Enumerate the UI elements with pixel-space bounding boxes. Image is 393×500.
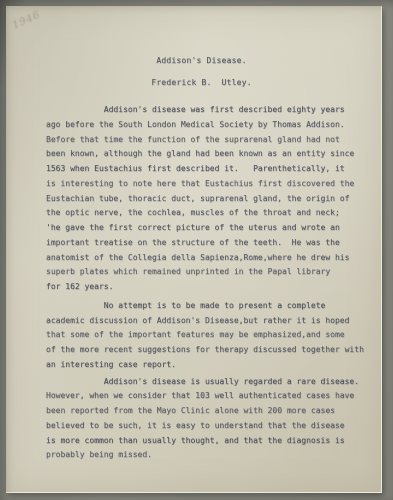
text-line: that some of the important features may … (46, 328, 376, 343)
text-line: for 162 years. (46, 280, 376, 295)
text-line: superb plates which remained unprinted i… (46, 265, 376, 280)
paragraph: Addison's disease was first described ei… (46, 103, 376, 295)
text-line: important treatise on the structure of t… (46, 236, 376, 251)
text-line: Addison's disease is usually regarded a … (46, 375, 376, 390)
text-line: an interesting case report. (46, 358, 376, 373)
text-line: been known, although the gland had been … (46, 147, 376, 162)
document-title: Addison's Disease. (22, 50, 381, 72)
text-line: believed to be such, it is easy to under… (46, 419, 376, 434)
text-line: No attempt is to be made to present a co… (46, 299, 376, 314)
text-line: been reported from the Mayo Clinic alone… (46, 404, 376, 419)
scanned-page-background: 1946 Addison's Disease. Frederick B. Utl… (0, 0, 393, 500)
text-line: the optic nerve, the cochlea, muscles of… (46, 206, 376, 221)
text-line: is more common than usually thought, and… (46, 434, 376, 449)
text-line: Eustachian tube, thoracic duct, supraren… (46, 192, 376, 207)
paragraph: No attempt is to be made to present a co… (46, 299, 376, 373)
text-line: ago before the South London Medical Soci… (46, 118, 376, 133)
text-line: anatomist of the Collegia della Sapienza… (46, 251, 376, 266)
text-line: of the more recent suggestions for thera… (46, 343, 376, 358)
text-line: However, when we consider that 103 well … (46, 389, 376, 404)
pencil-annotation: 1946 (11, 9, 42, 31)
text-line: Before that time the function of the sup… (46, 133, 376, 148)
title-block: Addison's Disease. Frederick B. Utley. (6, 50, 381, 94)
text-line: 1563 when Eustachius first described it.… (46, 162, 376, 177)
typewritten-page: 1946 Addison's Disease. Frederick B. Utl… (6, 6, 382, 493)
text-line: probably being missed. (46, 448, 376, 463)
text-line: is interesting to note here that Eustach… (46, 177, 376, 192)
paragraph: Addison's disease is usually regarded a … (46, 375, 376, 464)
text-line: academic discussion of Addison's Disease… (46, 314, 376, 329)
text-line: 'he gave the first correct picture of th… (46, 221, 376, 236)
text-line: Addison's disease was first described ei… (46, 103, 376, 118)
document-author: Frederick B. Utley. (22, 72, 381, 94)
document-body: Addison's disease was first described ei… (46, 103, 376, 463)
